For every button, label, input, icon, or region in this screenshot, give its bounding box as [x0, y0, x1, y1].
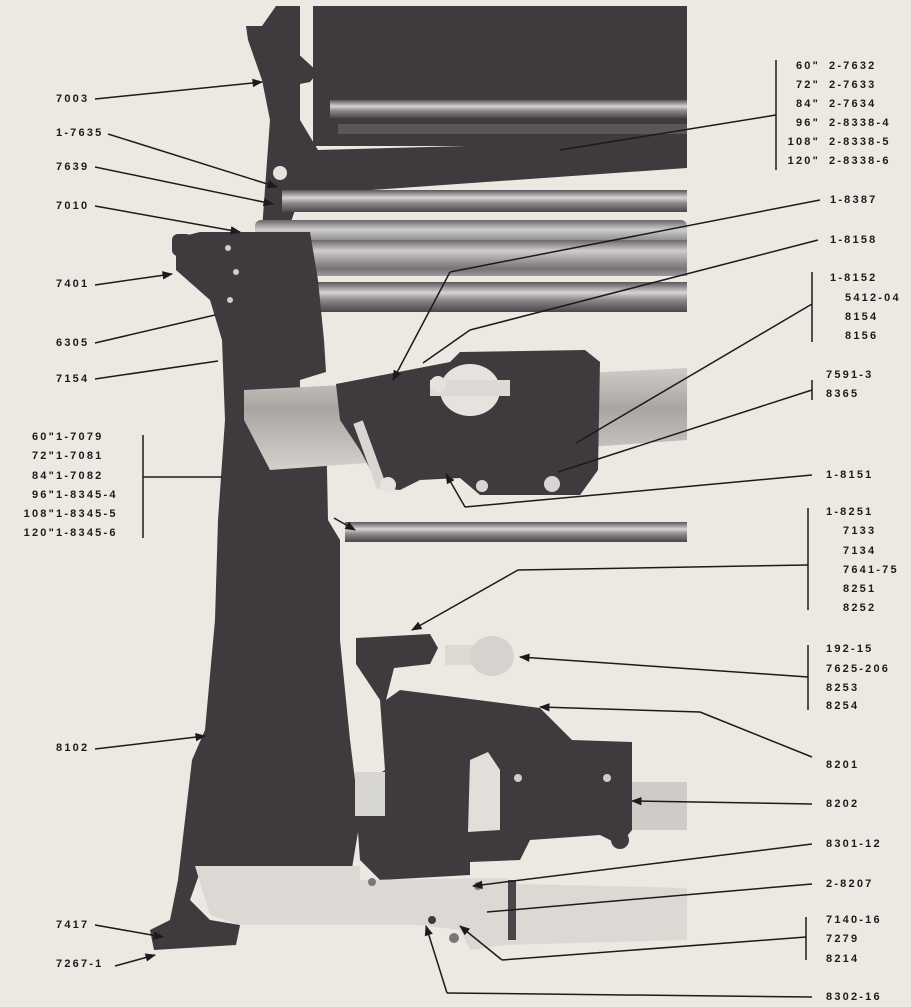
size: 84" [14, 470, 56, 483]
part-number: 7133 [843, 525, 876, 538]
machine-illustration [0, 0, 911, 1007]
part-number: 2-7634 [829, 98, 876, 111]
part-number: 8154 [845, 311, 878, 324]
callout-7267-1: 7267-1 [56, 958, 103, 971]
callout-7003: 7003 [56, 93, 89, 106]
part-number: 7279 [826, 933, 859, 946]
size: 60" [14, 431, 56, 444]
size: 96" [786, 117, 820, 130]
part-number: 8253 [826, 682, 859, 695]
callout-7154: 7154 [56, 373, 89, 386]
callout-7639: 7639 [56, 161, 89, 174]
side-frame [150, 232, 360, 950]
callout-1-8158: 1-8158 [830, 234, 877, 247]
size: 96" [14, 489, 56, 502]
part-number: 1-8251 [826, 506, 873, 519]
callout-7401: 7401 [56, 278, 89, 291]
part-number: 1-7081 [56, 450, 103, 463]
callout-8302-16: 8302-16 [826, 991, 882, 1004]
part-number: 7591-3 [826, 369, 873, 382]
part-number: 7641-75 [843, 564, 899, 577]
part-number: 7134 [843, 545, 876, 558]
part-number: 8251 [843, 583, 876, 596]
size: 120" [780, 155, 820, 168]
part-number: 2-7632 [829, 60, 876, 73]
top-panel [313, 6, 687, 146]
part-number: 7140-16 [826, 914, 882, 927]
part-number: 1-8345-5 [56, 508, 118, 521]
part-number: 192-15 [826, 643, 873, 656]
base-plate [195, 866, 687, 950]
part-number: 2-8338-5 [829, 136, 891, 149]
part-number: 1-8152 [830, 272, 877, 285]
callout-1-7635: 1-7635 [56, 127, 103, 140]
size: 72" [786, 79, 820, 92]
part-number: 2-8338-4 [829, 117, 891, 130]
size: 60" [786, 60, 820, 73]
part-number: 8365 [826, 388, 859, 401]
lower-bracket [355, 634, 687, 880]
parts-diagram: 7003 1-7635 7639 7010 7401 6305 7154 60"… [0, 0, 911, 1007]
size: 108" [10, 508, 56, 521]
callout-8202: 8202 [826, 798, 859, 811]
callout-7010: 7010 [56, 200, 89, 213]
rollers [255, 190, 687, 312]
part-number: 8254 [826, 700, 859, 713]
part-number: 1-8345-4 [56, 489, 118, 502]
size: 72" [14, 450, 56, 463]
callout-8102: 8102 [56, 742, 89, 755]
part-number: 8214 [826, 953, 859, 966]
size: 84" [786, 98, 820, 111]
part-number: 8252 [843, 602, 876, 615]
part-number: 8156 [845, 330, 878, 343]
part-number: 1-8345-6 [56, 527, 118, 540]
callout-8301-12: 8301-12 [826, 838, 882, 851]
part-number: 5412-04 [845, 292, 901, 305]
part-number: 1-7079 [56, 431, 103, 444]
callout-1-8387: 1-8387 [830, 194, 877, 207]
part-number: 7625-206 [826, 663, 890, 676]
part-number: 2-7633 [829, 79, 876, 92]
callout-2-8207: 2-8207 [826, 878, 873, 891]
callout-1-8151: 1-8151 [826, 469, 873, 482]
callout-7417: 7417 [56, 919, 89, 932]
part-number: 1-7082 [56, 470, 103, 483]
callout-8201: 8201 [826, 759, 859, 772]
part-number: 2-8338-6 [829, 155, 891, 168]
callout-6305: 6305 [56, 337, 89, 350]
size: 120" [10, 527, 56, 540]
carriage [336, 350, 600, 495]
size: 108" [780, 136, 820, 149]
